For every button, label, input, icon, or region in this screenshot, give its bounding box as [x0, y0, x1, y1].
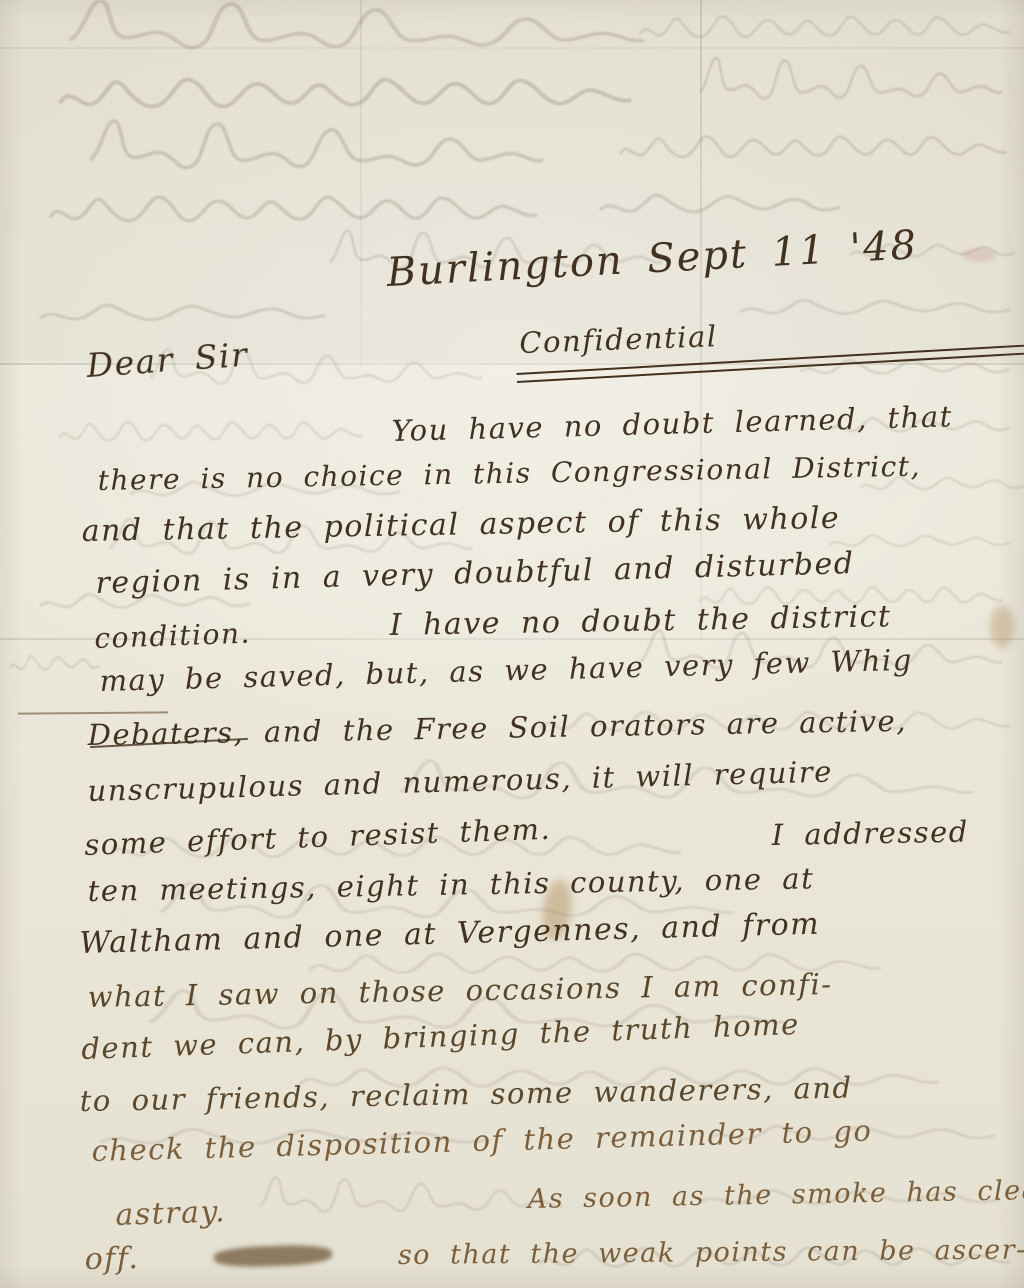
handwriting-line: off.: [84, 1241, 139, 1277]
handwriting-line: condition.: [94, 617, 252, 655]
fold-crease-horizontal-top: [0, 47, 1024, 49]
handwriting-line: I addressed: [771, 815, 969, 852]
fold-crease-vertical-left: [360, 0, 362, 366]
handwriting-line: so that the weak points can be ascer-: [398, 1235, 1024, 1271]
handwriting-line: astray.: [115, 1194, 227, 1233]
letter-page: Burlington Sept 11 '48 Confidential Dear…: [0, 0, 1024, 1288]
